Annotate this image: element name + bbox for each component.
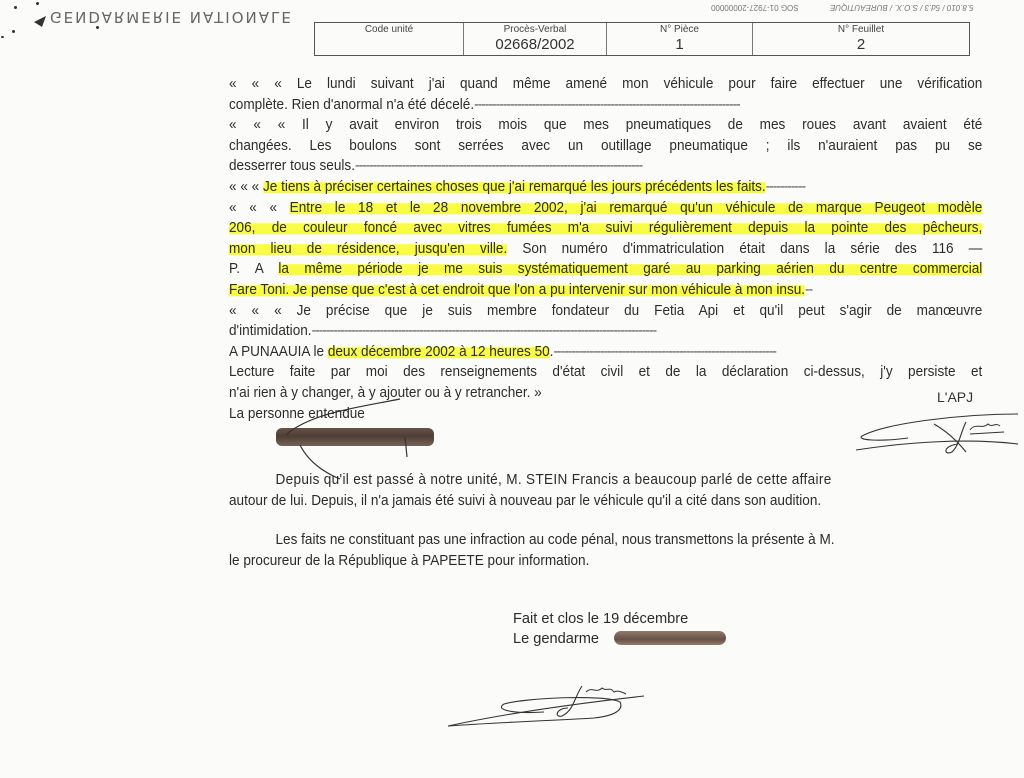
highlighted-text: la même période je me suis systématiquem… [278, 261, 982, 277]
statement-text: « « « Le lundi suivant j'ai quand même a… [229, 74, 982, 424]
filler-dashes: ----------------------------------------… [553, 344, 776, 360]
scan-speck [96, 26, 99, 29]
highlighted-text: Entre le 18 et le 28 novembre 2002, j'ai… [290, 200, 983, 216]
report-line: Les faits ne constituant pas une infract… [229, 530, 835, 551]
proces-verbal-cell: Procès-Verbal 02668/2002 [464, 23, 607, 55]
statement-text-run: « « « [229, 179, 263, 195]
statement-text-run: Son numéro d'immatriculation était dans … [507, 241, 982, 257]
scan-speck [12, 30, 15, 33]
statement-line: « « « Je précise que je suis membre fond… [229, 301, 982, 322]
statement-text-run: P. A [229, 261, 278, 277]
report-line: autour de lui. Depuis, il n'a jamais été… [229, 491, 832, 512]
statement-line: changées. Les boulons sont serrées avec … [229, 136, 982, 157]
statement-text-run: Lecture faite par moi des renseignements… [229, 364, 982, 380]
statement-text-run: desserrer tous seuls. [229, 158, 355, 174]
statement-text-run: « « « Je précise que je suis membre fond… [229, 303, 982, 319]
redacted-gendarme-name [614, 631, 726, 645]
piece-value: 1 [607, 36, 752, 53]
header-reference-table: Code unité Procès-Verbal 02668/2002 N° P… [314, 22, 970, 56]
highlighted-text: 206, de couleur foncé avec vitres fumées… [229, 220, 982, 236]
letterhead-mirrored: GENDARMERIE NATIONALE [50, 8, 293, 26]
closing-date: Fait et clos le 19 décembre [513, 609, 688, 629]
scan-speck [1, 36, 4, 38]
filler-dashes: ----------------------------------------… [312, 323, 657, 339]
proces-verbal-label: Procès-Verbal [464, 24, 606, 35]
highlighted-text: deux décembre 2002 à 12 heures 50 [328, 344, 550, 360]
feuillet-value: 2 [753, 36, 969, 53]
statement-line: Fare Toni. Je pense que c'est à cet endr… [229, 280, 982, 301]
statement-line: « « « Il y avait environ trois mois que … [229, 115, 982, 136]
piece-label: N° Pièce [607, 24, 752, 35]
apj-signature [848, 408, 1024, 458]
code-unite-label: Code unité [315, 24, 463, 35]
feuillet-cell: N° Feuillet 2 [753, 23, 969, 55]
statement-line: P. A la même période je me suis systémat… [229, 259, 982, 280]
statement-text-run: « « « [229, 200, 290, 216]
statement-text-run: changées. Les boulons sont serrées avec … [229, 138, 982, 154]
gendarme-label: Le gendarme [513, 631, 599, 647]
feuillet-label: N° Feuillet [753, 24, 969, 35]
statement-line: « « « Le lundi suivant j'ai quand même a… [229, 74, 982, 95]
statement-text-run: « « « Il y avait environ trois mois que … [229, 117, 982, 133]
report-paragraph-2: Les faits ne constituant pas une infract… [229, 530, 835, 571]
scan-speck [14, 6, 17, 9]
document-page: GENDARMERIE NATIONALE SOG 01-7927-200000… [0, 0, 1024, 778]
proces-verbal-value: 02668/2002 [464, 36, 606, 53]
filler-dashes: -- [805, 282, 812, 298]
report-line: Depuis qu'il est passé à notre unité, M.… [229, 470, 832, 491]
form-reference: SOG 01-7927-20000000 [711, 3, 799, 12]
statement-line: mon lieu de résidence, jusqu'en ville. S… [229, 239, 982, 260]
statement-line: d'intimidation.-------------------------… [229, 321, 982, 342]
statement-line: A PUNAAUIA le deux décembre 2002 à 12 he… [229, 342, 982, 363]
statement-text-run: « « « Le lundi suivant j'ai quand même a… [229, 76, 982, 92]
piece-cell: N° Pièce 1 [607, 23, 753, 55]
scan-speck [36, 2, 39, 5]
statement-text-run: A PUNAAUIA le [229, 344, 328, 360]
report-line: le procureur de la République à PAPEETE … [229, 551, 835, 572]
code-unite-cell: Code unité [315, 23, 464, 55]
statement-line: complète. Rien d'anormal n'a été décelé.… [229, 95, 982, 116]
statement-line: « « « Je tiens à préciser certaines chos… [229, 177, 982, 198]
filler-dashes: ----------------------------------------… [355, 158, 642, 174]
statement-line: desserrer tous seuls.-------------------… [229, 156, 982, 177]
report-paragraph-1: Depuis qu'il est passé à notre unité, M.… [229, 470, 832, 511]
highlighted-text: Fare Toni. Je pense que c'est à cet endr… [229, 282, 805, 298]
filler-dashes: ----------- [766, 179, 805, 195]
highlighted-text: mon lieu de résidence, jusqu'en ville. [229, 241, 507, 257]
statement-line: 206, de couleur foncé avec vitres fumées… [229, 218, 982, 239]
statement-line: Lecture faite par moi des renseignements… [229, 362, 982, 383]
statement-text-run: d'intimidation. [229, 323, 312, 339]
apj-label: L'APJ [937, 389, 973, 405]
form-reference: 5.8.010 / 5d.3 / S.O.X. / BUREAUTIQUE [830, 3, 974, 12]
gendarme-signature [444, 680, 654, 730]
mark-icon [32, 14, 48, 28]
statement-line: « « « Entre le 18 et le 28 novembre 2002… [229, 198, 982, 219]
statement-text-run: complète. Rien d'anormal n'a été décelé. [229, 97, 474, 113]
highlighted-text: Je tiens à préciser certaines choses que… [263, 179, 766, 195]
filler-dashes: ----------------------------------------… [474, 97, 740, 113]
